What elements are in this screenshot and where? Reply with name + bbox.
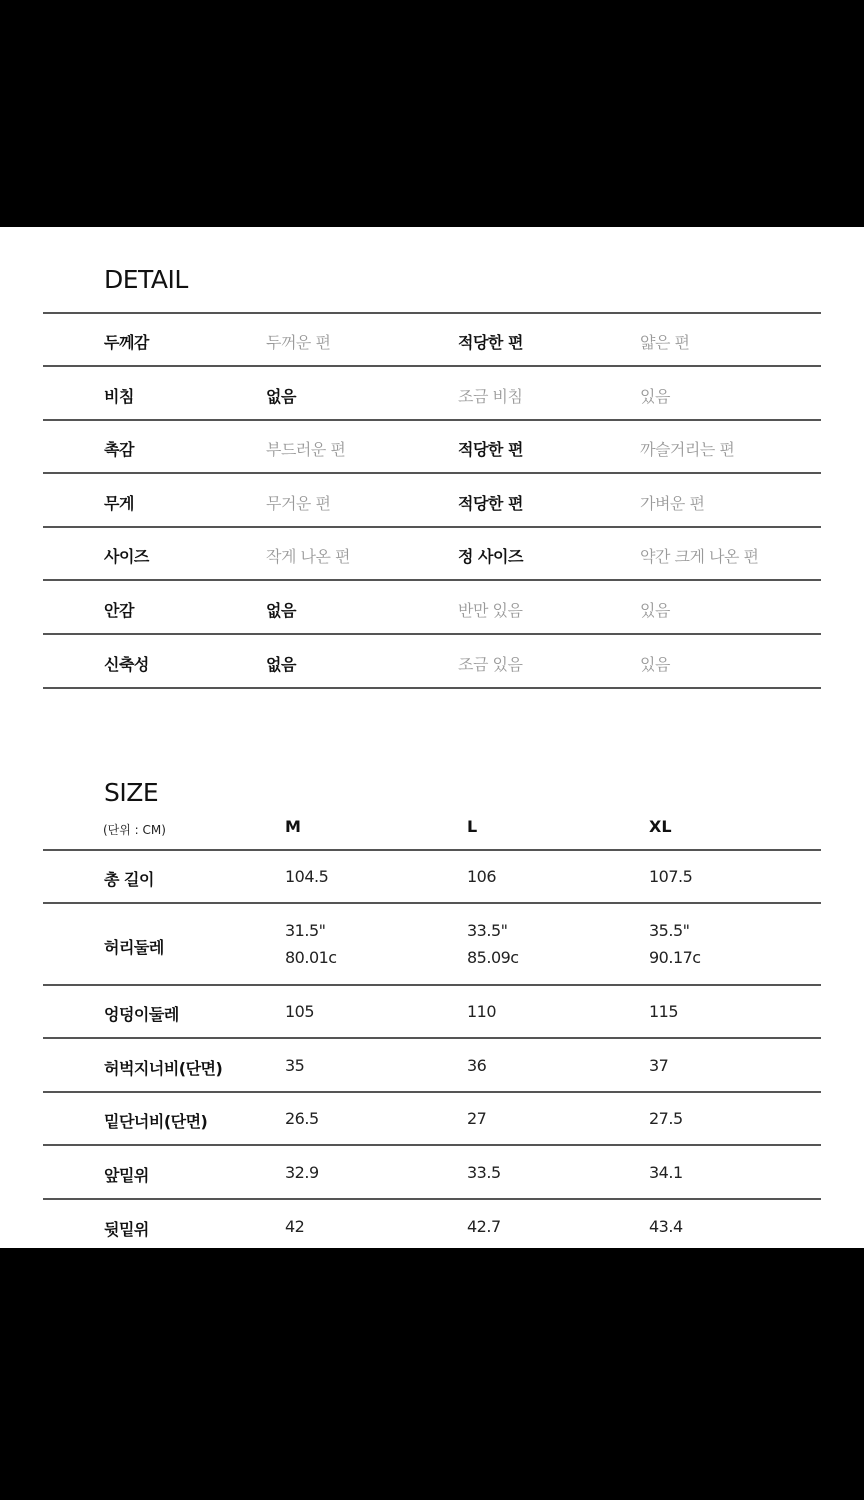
size-value: 42.7 [467,1217,501,1236]
detail-row-label: 비침 [104,384,134,407]
detail-option-selected: 없음 [266,652,296,675]
size-value: 104.5 [285,867,328,886]
size-value: 106 [467,867,496,886]
size-value: 110 [467,1002,496,1021]
detail-option: 부드러운 편 [266,437,345,460]
detail-row: 사이즈작게 나온 편정 사이즈약간 크게 나온 편 [0,528,864,580]
detail-option: 무거운 편 [266,491,330,514]
divider [43,687,821,689]
detail-option: 조금 비침 [458,384,522,407]
size-value: 37 [649,1056,668,1075]
size-value: 35 [285,1056,304,1075]
size-col-xl: XL [649,817,672,836]
size-value: 33.5" [467,921,507,940]
size-row-label: 허리둘레 [104,935,164,958]
size-row: 허벅지너비(단면)353637 [0,1040,864,1092]
detail-option-selected: 정 사이즈 [458,544,523,567]
size-row-label: 밑단너비(단면) [104,1109,207,1132]
detail-row: 신축성없음조금 있음있음 [0,636,864,688]
size-value-secondary: 90.17c [649,948,701,967]
size-row: 뒷밑위4242.743.4 [0,1201,864,1253]
detail-option: 있음 [640,598,670,621]
size-row-label: 앞밑위 [104,1163,149,1186]
detail-row-label: 두께감 [104,330,149,353]
size-row-label: 뒷밑위 [104,1217,149,1240]
detail-title: DETAIL [104,265,188,294]
size-row-label: 총 길이 [104,867,154,890]
size-col-m: M [285,817,301,836]
size-title: SIZE [104,778,158,807]
detail-option: 반만 있음 [458,598,522,621]
size-value: 27 [467,1109,486,1128]
detail-row-label: 촉감 [104,437,134,460]
size-value: 33.5 [467,1163,501,1182]
detail-row-label: 신축성 [104,652,149,675]
size-value: 26.5 [285,1109,319,1128]
size-value: 35.5" [649,921,689,940]
size-row: 엉덩이둘레105110115 [0,986,864,1038]
size-value: 42 [285,1217,304,1236]
size-row-label: 허벅지너비(단면) [104,1056,222,1079]
detail-row: 비침없음조금 비침있음 [0,368,864,420]
size-value: 31.5" [285,921,325,940]
detail-option: 가벼운 편 [640,491,704,514]
detail-option: 까슬거리는 편 [640,437,734,460]
detail-option: 조금 있음 [458,652,522,675]
size-value: 105 [285,1002,314,1021]
detail-option-selected: 적당한 편 [458,330,523,353]
size-value: 107.5 [649,867,692,886]
detail-option-selected: 없음 [266,384,296,407]
size-row: 앞밑위32.933.534.1 [0,1147,864,1199]
detail-row: 두께감두꺼운 편적당한 편얇은 편 [0,314,864,366]
detail-row-label: 사이즈 [104,544,149,567]
size-value-secondary: 85.09c [467,948,519,967]
detail-option: 작게 나온 편 [266,544,350,567]
detail-row-label: 안감 [104,598,134,621]
detail-option-selected: 없음 [266,598,296,621]
size-row-label: 엉덩이둘레 [104,1002,179,1025]
size-row: 허리둘레31.5"80.01c33.5"85.09c35.5"90.17c [0,905,864,985]
detail-option-selected: 적당한 편 [458,437,523,460]
detail-row: 촉감부드러운 편적당한 편까슬거리는 편 [0,421,864,473]
size-value: 43.4 [649,1217,683,1236]
size-value: 115 [649,1002,678,1021]
size-col-l: L [467,817,477,836]
size-row: 총 길이104.5106107.5 [0,851,864,903]
detail-row: 무게무거운 편적당한 편가벼운 편 [0,475,864,527]
detail-row-label: 무게 [104,491,134,514]
detail-option: 있음 [640,384,670,407]
detail-option: 있음 [640,652,670,675]
unit-label: (단위 : CM) [103,821,166,838]
size-value: 32.9 [285,1163,319,1182]
size-value-secondary: 80.01c [285,948,337,967]
detail-option-selected: 적당한 편 [458,491,523,514]
detail-row: 안감없음반만 있음있음 [0,582,864,634]
size-row: 밑단너비(단면)26.52727.5 [0,1093,864,1145]
detail-option: 얇은 편 [640,330,689,353]
size-value: 36 [467,1056,486,1075]
size-value: 34.1 [649,1163,683,1182]
detail-option: 두꺼운 편 [266,330,330,353]
detail-option: 약간 크게 나온 편 [640,544,758,567]
product-detail-page: DETAIL 두께감두꺼운 편적당한 편얇은 편비침없음조금 비침있음촉감부드러… [0,227,864,1248]
size-value: 27.5 [649,1109,683,1128]
